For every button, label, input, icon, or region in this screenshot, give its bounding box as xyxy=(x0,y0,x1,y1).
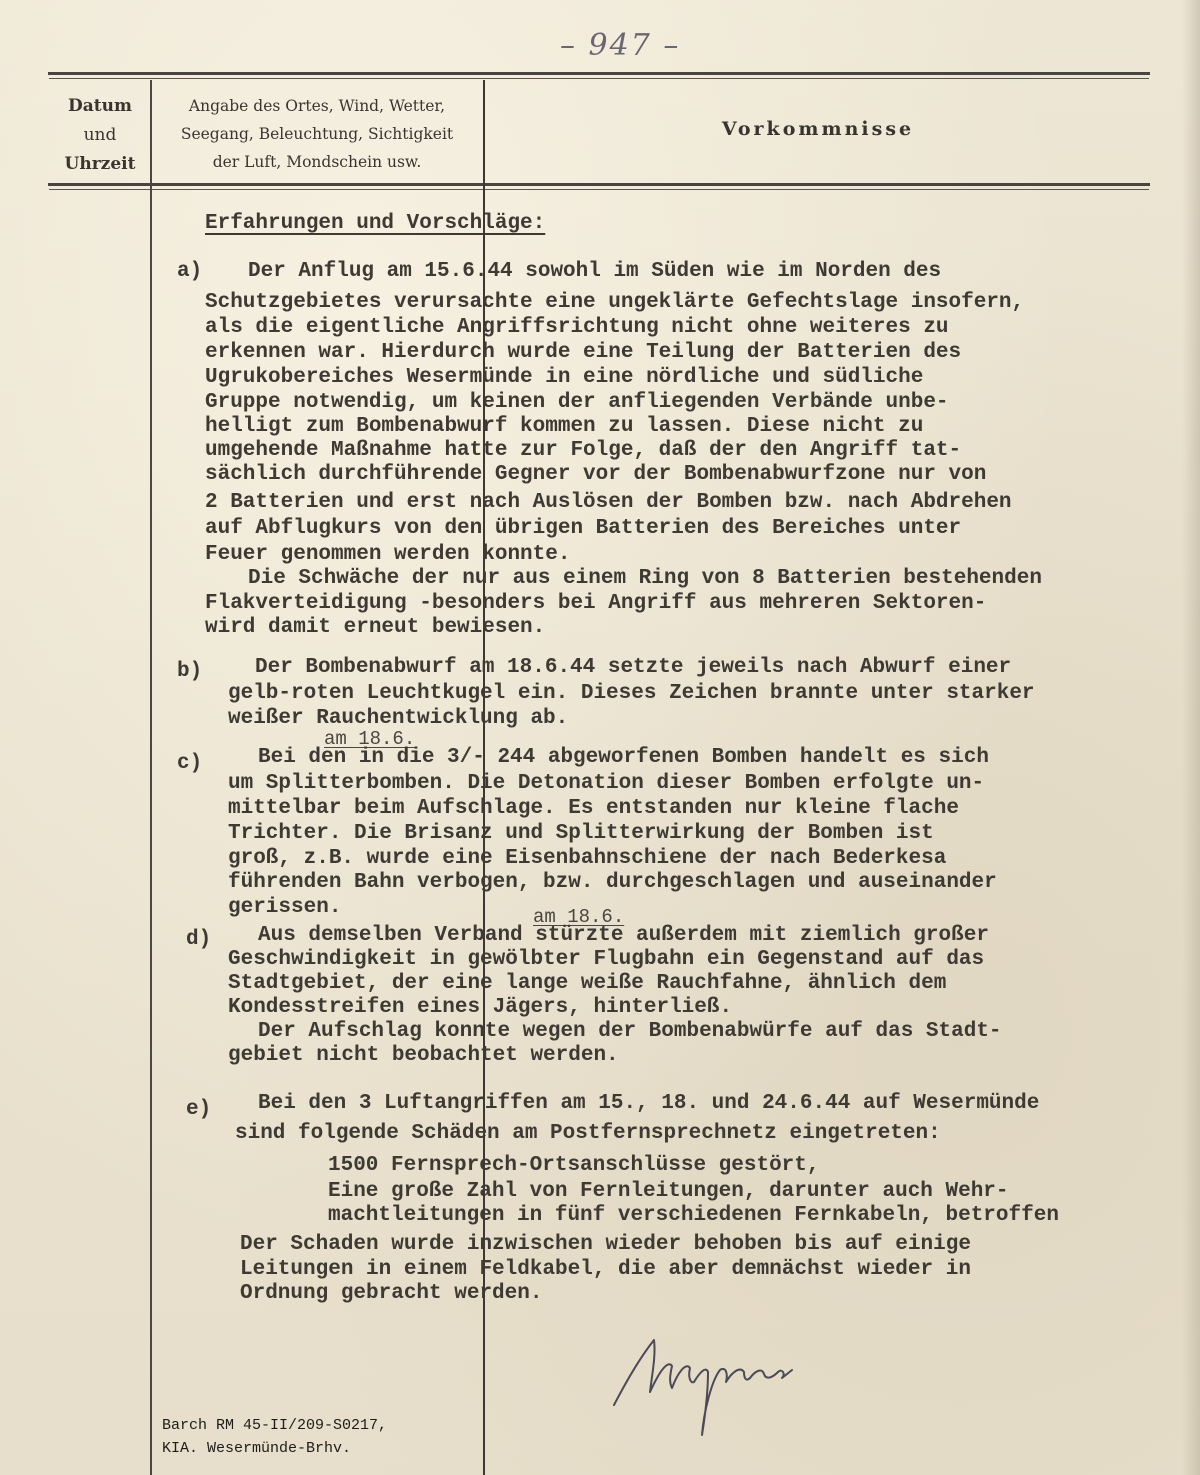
archive-ref-line: KIA. Wesermünde-Brhv. xyxy=(162,1437,387,1460)
text-line: Leitungen in einem Feldkabel, die aber d… xyxy=(240,1258,971,1281)
column-header-place: Angabe des Ortes, Wind, Wetter, Seegang,… xyxy=(153,92,481,176)
text-line: um Splitterbomben. Die Detonation dieser… xyxy=(228,772,984,795)
text-line: Der Bombenabwurf am 18.6.44 setzte jewei… xyxy=(255,656,1011,679)
text-line: Trichter. Die Brisanz und Splitterwirkun… xyxy=(228,822,934,845)
header-place-line: Seegang, Beleuchtung, Sichtigkeit xyxy=(153,120,481,148)
text-line: machtleitungen in fünf verschiedenen Fer… xyxy=(328,1204,1059,1227)
section-label-d: d) xyxy=(186,928,211,951)
section-label-a: a) xyxy=(177,260,202,283)
page-number: – 947 – xyxy=(560,28,680,63)
text-line: weißer Rauchentwicklung ab. xyxy=(228,707,568,730)
text-line: 2 Batterien und erst nach Auslösen der B… xyxy=(205,491,1012,514)
header-top-rule xyxy=(48,72,1150,75)
text-line: sind folgende Schäden am Postfernsprechn… xyxy=(235,1122,941,1145)
section-label-e: e) xyxy=(186,1098,211,1121)
text-line: Geschwindigkeit in gewölbter Flugbahn ei… xyxy=(228,948,984,971)
column-header-date: Datum und Uhrzeit xyxy=(52,92,148,179)
text-line: gerissen. xyxy=(228,896,341,919)
header-place-line: der Luft, Mondschein usw. xyxy=(153,148,481,176)
section-heading: Erfahrungen und Vorschläge: xyxy=(205,212,545,235)
text-line: helligt zum Bombenabwurf kommen zu lasse… xyxy=(205,415,923,438)
text-line: auf Abflugkurs von den übrigen Batterien… xyxy=(205,517,961,540)
header-date-line: und xyxy=(52,121,148,150)
text-line: Bei den 3 Luftangriffen am 15., 18. und … xyxy=(258,1092,1039,1115)
page-edge-shadow xyxy=(1182,0,1200,1475)
text-line: Die Schwäche der nur aus einem Ring von … xyxy=(248,567,1042,590)
text-line: gebiet nicht beobachtet werden. xyxy=(228,1044,619,1067)
archive-ref-line: Barch RM 45-II/209-S0217, xyxy=(162,1414,387,1437)
archive-reference: Barch RM 45-II/209-S0217, KIA. Wesermünd… xyxy=(162,1414,387,1460)
text-line: sächlich durchführende Gegner vor der Bo… xyxy=(205,463,986,486)
text-line: wird damit erneut bewiesen. xyxy=(205,616,545,639)
text-line: als die eigentliche Angriffsrichtung nic… xyxy=(205,316,949,339)
text-line: groß, z.B. wurde eine Eisenbahnschiene d… xyxy=(228,847,946,870)
text-line: Feuer genommen werden konnte. xyxy=(205,543,570,566)
text-line: mittelbar beim Aufschlage. Es entstanden… xyxy=(228,797,959,820)
header-place-line: Angabe des Ortes, Wind, Wetter, xyxy=(153,92,481,120)
text-line: Eine große Zahl von Fernleitungen, darun… xyxy=(328,1180,1009,1203)
header-date-line: Uhrzeit xyxy=(52,150,148,179)
text-line: erkennen war. Hierdurch wurde eine Teilu… xyxy=(205,341,961,364)
text-line: Kondesstreifen eines Jägers, hinterließ. xyxy=(228,996,732,1019)
text-line: Stadtgebiet, der eine lange weiße Rauchf… xyxy=(228,972,946,995)
text-line: führenden Bahn verbogen, bzw. durchgesch… xyxy=(228,871,997,894)
column-divider-date xyxy=(150,80,152,1475)
column-header-events: Vorkommnisse xyxy=(486,118,1150,140)
text-line: Schutzgebietes verursachte eine ungeklär… xyxy=(205,291,1024,314)
text-line: Ordnung gebracht werden. xyxy=(240,1282,542,1305)
handwritten-signature xyxy=(612,1330,882,1450)
text-line: Ugrukobereiches Wesermünde in eine nördl… xyxy=(205,366,923,389)
text-line: Der Aufschlag konnte wegen der Bombenabw… xyxy=(258,1020,1002,1043)
section-label-c: c) xyxy=(177,752,202,775)
text-line: 1500 Fernsprech-Ortsanschlüsse gestört, xyxy=(328,1154,819,1177)
header-bottom-rule xyxy=(48,183,1150,186)
text-line: Bei den in die 3/- 244 abgeworfenen Bomb… xyxy=(258,746,989,769)
text-line: Aus demselben Verband stürzte außerdem m… xyxy=(258,924,989,947)
text-line: Flakverteidigung -besonders bei Angriff … xyxy=(205,592,986,615)
header-date-line: Datum xyxy=(52,92,148,121)
text-line: gelb-roten Leuchtkugel ein. Dieses Zeich… xyxy=(228,682,1035,705)
text-line: Gruppe notwendig, um keinen der anfliege… xyxy=(205,391,949,414)
text-line: umgehende Maßnahme hatte zur Folge, daß … xyxy=(205,439,961,462)
text-line: Der Schaden wurde inzwischen wieder beho… xyxy=(240,1233,971,1256)
text-line: Der Anflug am 15.6.44 sowohl im Süden wi… xyxy=(248,260,941,283)
section-label-b: b) xyxy=(177,660,202,683)
